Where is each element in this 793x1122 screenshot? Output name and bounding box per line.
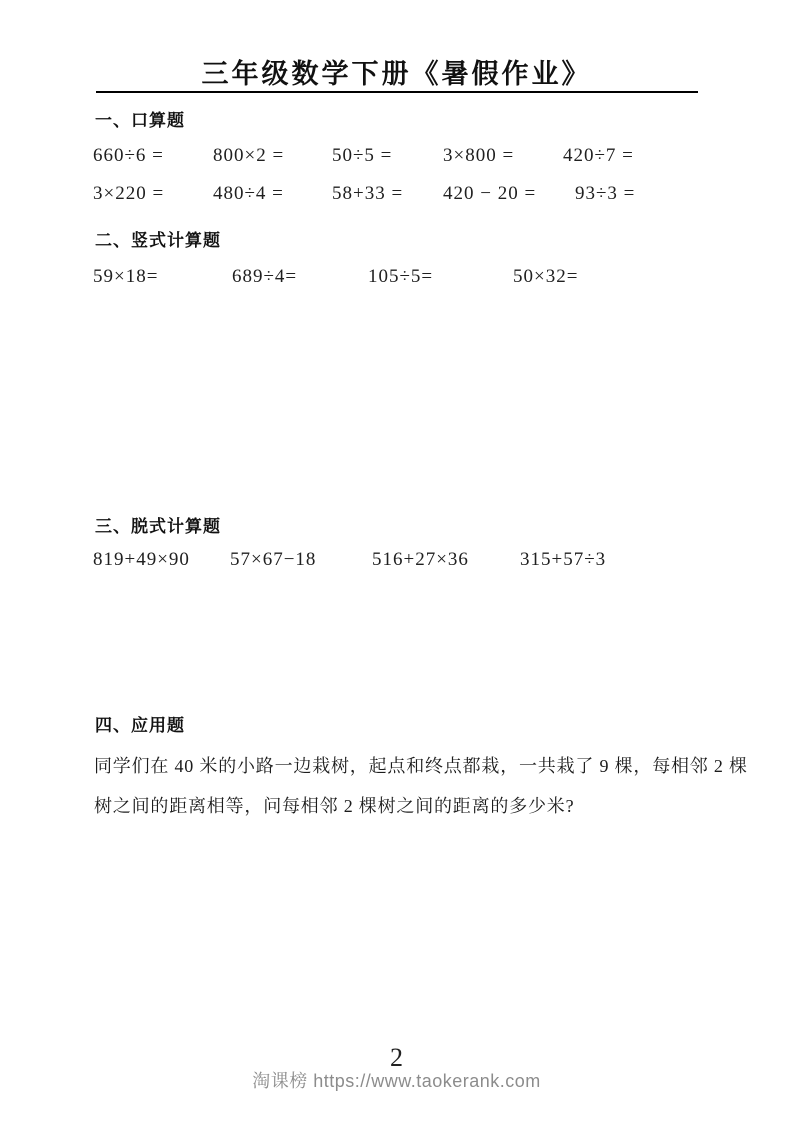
word-problem-line: 同学们在 40 米的小路一边栽树，起点和终点都栽，一共栽了 9 棵，每相邻 2 … <box>94 752 714 778</box>
oral-problem: 800×2 = <box>213 145 284 167</box>
word-problem-line: 树之间的距离相等，问每相邻 2 棵树之间的距离的多少米? <box>94 792 714 818</box>
oral-row-2: 3×220 = 480÷4 = 58+33 = 420 − 20 = 93÷3 … <box>0 183 793 209</box>
vertical-problem: 50×32= <box>513 266 578 288</box>
oral-row-1: 660÷6 = 800×2 = 50÷5 = 3×800 = 420÷7 = <box>0 145 793 171</box>
oral-problem: 660÷6 = <box>93 145 164 167</box>
stepwise-problem: 57×67−18 <box>230 549 316 571</box>
oral-problem: 3×800 = <box>443 145 514 167</box>
stepwise-row: 819+49×90 57×67−18 516+27×36 315+57÷3 <box>0 549 793 575</box>
title-divider <box>96 91 698 93</box>
section-heading-oral: 一、口算题 <box>95 106 185 131</box>
stepwise-problem: 315+57÷3 <box>520 549 606 571</box>
vertical-problem: 105÷5= <box>368 266 433 288</box>
vertical-problem: 59×18= <box>93 266 158 288</box>
stepwise-problem: 516+27×36 <box>372 549 469 571</box>
vertical-problem: 689÷4= <box>232 266 297 288</box>
oral-problem: 3×220 = <box>93 183 164 205</box>
section-heading-vertical: 二、竖式计算题 <box>95 226 221 251</box>
oral-problem: 58+33 = <box>332 183 403 205</box>
oral-problem: 50÷5 = <box>332 145 392 167</box>
page-number: 2 <box>0 1044 793 1072</box>
worksheet-page: 三年级数学下册《暑假作业》 一、口算题 660÷6 = 800×2 = 50÷5… <box>0 0 793 1122</box>
footer-watermark: 淘课榜 https://www.taokerank.com <box>0 1069 793 1093</box>
oral-problem: 480÷4 = <box>213 183 284 205</box>
vertical-row: 59×18= 689÷4= 105÷5= 50×32= <box>0 266 793 292</box>
section-heading-stepwise: 三、脱式计算题 <box>95 512 221 537</box>
stepwise-problem: 819+49×90 <box>93 549 190 571</box>
section-heading-word: 四、应用题 <box>95 711 185 736</box>
oral-problem: 420÷7 = <box>563 145 634 167</box>
oral-problem: 420 − 20 = <box>443 183 536 205</box>
page-title: 三年级数学下册《暑假作业》 <box>0 52 793 91</box>
oral-problem: 93÷3 = <box>575 183 635 205</box>
